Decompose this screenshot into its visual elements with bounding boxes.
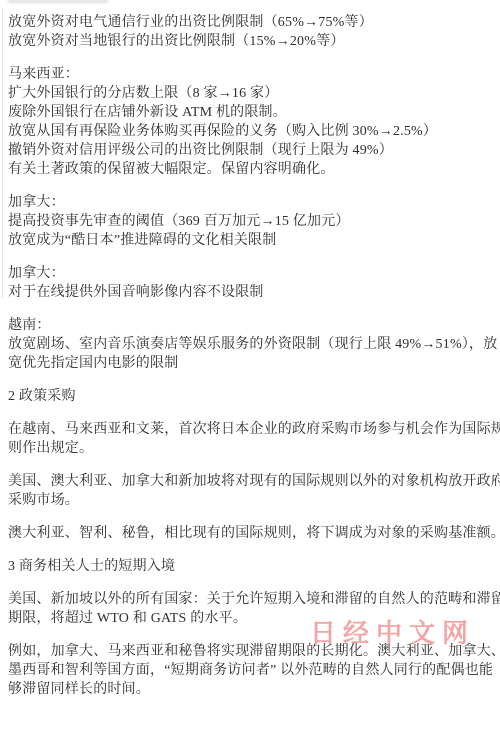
text-line: 有关土著政策的保留被大幅限定。保留内容明确化。 — [8, 160, 492, 179]
text-line: 在越南、马来西亚和文莱，首次将日本企业的政府采购市场参与机会作为国际规 — [8, 420, 492, 439]
paragraph: 2 政策采购 — [8, 387, 492, 406]
paragraph: 越南：放宽剧场、室内音乐演奏店等娱乐服务的外资限制（现行上限 49%→51%），… — [8, 316, 492, 373]
text-line: 宽优先指定国内电影的限制 — [8, 354, 492, 373]
document-page: 放宽外资对电气通信行业的出资比例限制（65%→75%等）放宽外资对当地银行的出资… — [0, 0, 500, 743]
text-line: 放宽外资对电气通信行业的出资比例限制（65%→75%等） — [8, 13, 492, 32]
text-line: 越南： — [8, 316, 492, 335]
paragraph: 加拿大：对于在线提供外国音响影像内容不设限制 — [8, 264, 492, 302]
text-line: 放宽剧场、室内音乐演奏店等娱乐服务的外资限制（现行上限 49%→51%），放 — [8, 335, 492, 354]
paragraph: 例如，加拿大、马来西亚和秘鲁将实现滞留期限的长期化。澳大利亚、加拿大、墨西哥和智… — [8, 642, 492, 699]
paragraph: 3 商务相关人士的短期入境 — [8, 557, 492, 576]
text-line: 澳大利亚、智利、秘鲁，相比现有的国际规则，将下调成为对象的采购基准额。 — [8, 524, 492, 543]
text-line: 撤销外资对信用评级公司的出资比例限制（现行上限为 49%） — [8, 141, 492, 160]
scan-artifact-top — [8, 0, 108, 3]
text-line: 提高投资事先审查的阈值（369 百万加元→15 亿加元） — [8, 212, 492, 231]
text-line: 废除外国银行在店铺外新设 ATM 机的限制。 — [8, 103, 492, 122]
document-body: 放宽外资对电气通信行业的出资比例限制（65%→75%等）放宽外资对当地银行的出资… — [8, 13, 492, 699]
text-line: 例如，加拿大、马来西亚和秘鲁将实现滞留期限的长期化。澳大利亚、加拿大、 — [8, 642, 492, 661]
paragraph: 美国、澳大利亚、加拿大和新加坡将对现有的国际规则以外的对象机构放开政府采购市场。 — [8, 472, 492, 510]
text-line: 墨西哥和智利等国方面，“短期商务访问者” 以外范畴的自然人同行的配偶也能 — [8, 661, 492, 680]
text-line: 加拿大： — [8, 193, 492, 212]
text-line: 2 政策采购 — [8, 387, 492, 406]
text-line: 3 商务相关人士的短期入境 — [8, 557, 492, 576]
text-line: 美国、澳大利亚、加拿大和新加坡将对现有的国际规则以外的对象机构放开政府 — [8, 472, 492, 491]
text-line: 够滞留同样长的时间。 — [8, 680, 492, 699]
paragraph: 美国、新加坡以外的所有国家：关于允许短期入境和滞留的自然人的范畴和滞留期限，将超… — [8, 590, 492, 628]
paragraph: 澳大利亚、智利、秘鲁，相比现有的国际规则，将下调成为对象的采购基准额。 — [8, 524, 492, 543]
text-line: 加拿大： — [8, 264, 492, 283]
text-line: 美国、新加坡以外的所有国家：关于允许短期入境和滞留的自然人的范畴和滞留 — [8, 590, 492, 609]
text-line: 对于在线提供外国音响影像内容不设限制 — [8, 283, 492, 302]
paragraph: 放宽外资对电气通信行业的出资比例限制（65%→75%等）放宽外资对当地银行的出资… — [8, 13, 492, 51]
scan-artifact-left — [2, 8, 3, 298]
text-line: 扩大外国银行的分店数上限（8 家→16 家） — [8, 84, 492, 103]
text-line: 放宽从国有再保险业务体购买再保险的义务（购入比例 30%→2.5%） — [8, 122, 492, 141]
text-line: 则作出规定。 — [8, 439, 492, 458]
paragraph: 在越南、马来西亚和文莱，首次将日本企业的政府采购市场参与机会作为国际规则作出规定… — [8, 420, 492, 458]
text-line: 马来西亚： — [8, 65, 492, 84]
text-line: 期限，将超过 WTO 和 GATS 的水平。 — [8, 609, 492, 628]
paragraph: 马来西亚：扩大外国银行的分店数上限（8 家→16 家）废除外国银行在店铺外新设 … — [8, 65, 492, 179]
paragraph: 加拿大：提高投资事先审查的阈值（369 百万加元→15 亿加元）放宽成为“酷日本… — [8, 193, 492, 250]
text-line: 采购市场。 — [8, 491, 492, 510]
text-line: 放宽外资对当地银行的出资比例限制（15%→20%等） — [8, 32, 492, 51]
text-line: 放宽成为“酷日本”推进障碍的文化相关限制 — [8, 231, 492, 250]
